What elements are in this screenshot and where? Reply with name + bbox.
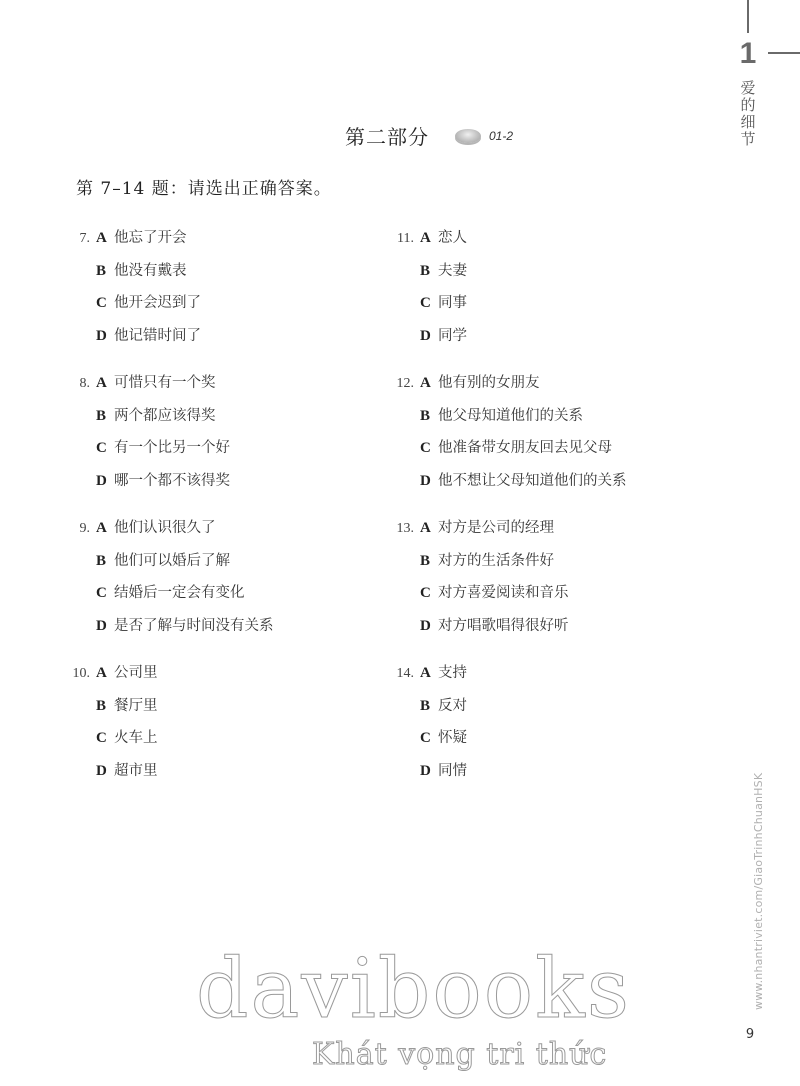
option-letter: B <box>420 408 438 425</box>
side-url: www.nhantriviet.com/GiaoTrinhChuanHSK <box>752 773 765 1010</box>
option-d: D 对方唱歌唱得很好听 <box>386 614 706 647</box>
option-d: D 同学 <box>386 324 706 357</box>
question-number: 14. <box>386 666 414 682</box>
option-letter: C <box>420 585 438 602</box>
option-letter: A <box>420 520 438 537</box>
option-letter: D <box>420 618 438 635</box>
option-c: C 怀疑 <box>386 726 706 759</box>
question-10: 10. A 公司里 B 餐厅里 C 火车上 D 超市里 <box>62 661 382 791</box>
option-text: 怀疑 <box>438 726 467 747</box>
option-c: C 他准备带女朋友回去见父母 <box>386 436 706 469</box>
chapter-tab-divider-top <box>747 0 749 33</box>
option-b: B 餐厅里 <box>62 694 382 727</box>
question-number: 10. <box>62 666 90 682</box>
option-letter: A <box>420 375 438 392</box>
option-letter: B <box>96 408 114 425</box>
option-letter: B <box>96 263 114 280</box>
option-d: D 他记错时间了 <box>62 324 382 357</box>
watermark-brand: davibooks <box>196 945 631 1035</box>
option-letter: C <box>96 730 114 747</box>
question-11: 11. A 恋人 B 夫妻 C 同事 D 同学 <box>386 226 706 356</box>
option-c: C 同事 <box>386 291 706 324</box>
option-letter: C <box>420 440 438 457</box>
section-title: 第二部分 <box>345 121 429 150</box>
question-13: 13. A 对方是公司的经理 B 对方的生活条件好 C 对方喜爱阅读和音乐 D … <box>386 516 706 646</box>
option-c: C 火车上 <box>62 726 382 759</box>
option-letter: A <box>96 520 114 537</box>
option-text: 有一个比另一个好 <box>114 436 230 457</box>
option-text: 超市里 <box>114 759 158 780</box>
option-letter: D <box>96 328 114 345</box>
option-b: B 他们可以婚后了解 <box>62 549 382 582</box>
option-a: 13. A 对方是公司的经理 <box>386 516 706 549</box>
option-letter: A <box>420 230 438 247</box>
option-text: 结婚后一定会有变化 <box>114 581 245 602</box>
cd-icon <box>455 129 481 143</box>
option-text: 他开会迟到了 <box>114 291 201 312</box>
option-a: 14. A 支持 <box>386 661 706 694</box>
option-b: B 对方的生活条件好 <box>386 549 706 582</box>
option-letter: A <box>96 665 114 682</box>
option-text: 他不想让父母知道他们的关系 <box>438 469 627 490</box>
option-text: 哪一个都不该得奖 <box>114 469 230 490</box>
option-text: 对方喜爱阅读和音乐 <box>438 581 569 602</box>
option-letter: A <box>96 375 114 392</box>
option-d: D 同情 <box>386 759 706 792</box>
chapter-number: 1 <box>733 38 763 70</box>
option-letter: D <box>96 618 114 635</box>
option-d: D 超市里 <box>62 759 382 792</box>
instruction-text: 第 7–14 题：请选出正确答案。 <box>76 174 332 199</box>
chapter-tab-divider-right <box>768 52 800 54</box>
option-letter: A <box>420 665 438 682</box>
option-letter: C <box>420 730 438 747</box>
option-text: 他没有戴表 <box>114 259 187 280</box>
option-letter: B <box>96 698 114 715</box>
option-letter: A <box>96 230 114 247</box>
option-d: D 他不想让父母知道他们的关系 <box>386 469 706 502</box>
question-number: 9. <box>62 521 90 537</box>
option-text: 恋人 <box>438 226 467 247</box>
option-letter: D <box>420 473 438 490</box>
option-text: 他父母知道他们的关系 <box>438 404 583 425</box>
option-text: 他准备带女朋友回去见父母 <box>438 436 612 457</box>
option-text: 他忘了开会 <box>114 226 187 247</box>
option-letter: B <box>96 553 114 570</box>
option-text: 同事 <box>438 291 467 312</box>
question-14: 14. A 支持 B 反对 C 怀疑 D 同情 <box>386 661 706 791</box>
option-text: 他有别的女朋友 <box>438 371 540 392</box>
question-number: 13. <box>386 521 414 537</box>
option-text: 他记错时间了 <box>114 324 201 345</box>
question-8: 8. A 可惜只有一个奖 B 两个都应该得奖 C 有一个比另一个好 D 哪一个都… <box>62 371 382 501</box>
option-letter: C <box>420 295 438 312</box>
option-a: 8. A 可惜只有一个奖 <box>62 371 382 404</box>
option-text: 他们认识很久了 <box>114 516 216 537</box>
option-text: 同学 <box>438 324 467 345</box>
option-text: 可惜只有一个奖 <box>114 371 216 392</box>
question-12: 12. A 他有别的女朋友 B 他父母知道他们的关系 C 他准备带女朋友回去见父… <box>386 371 706 501</box>
option-b: B 反对 <box>386 694 706 727</box>
option-text: 同情 <box>438 759 467 780</box>
option-letter: B <box>420 698 438 715</box>
option-text: 对方是公司的经理 <box>438 516 554 537</box>
watermark-tagline: Khát vọng tri thức <box>312 1038 607 1072</box>
question-number: 11. <box>386 231 414 247</box>
audio-track-label: 01-2 <box>489 129 513 143</box>
option-a: 11. A 恋人 <box>386 226 706 259</box>
page-number: 9 <box>740 1027 760 1042</box>
option-b: B 他父母知道他们的关系 <box>386 404 706 437</box>
option-letter: C <box>96 585 114 602</box>
option-d: D 哪一个都不该得奖 <box>62 469 382 502</box>
option-d: D 是否了解与时间没有关系 <box>62 614 382 647</box>
chapter-title: 爱的细节 <box>738 80 758 148</box>
option-text: 他们可以婚后了解 <box>114 549 230 570</box>
option-c: C 有一个比另一个好 <box>62 436 382 469</box>
option-a: 9. A 他们认识很久了 <box>62 516 382 549</box>
option-text: 对方唱歌唱得很好听 <box>438 614 569 635</box>
option-letter: D <box>96 473 114 490</box>
option-letter: B <box>420 553 438 570</box>
question-9: 9. A 他们认识很久了 B 他们可以婚后了解 C 结婚后一定会有变化 D 是否… <box>62 516 382 646</box>
option-a: 10. A 公司里 <box>62 661 382 694</box>
section-heading: 第二部分 01-2 <box>345 121 513 150</box>
option-b: B 两个都应该得奖 <box>62 404 382 437</box>
option-letter: B <box>420 263 438 280</box>
option-b: B 他没有戴表 <box>62 259 382 292</box>
option-letter: C <box>96 440 114 457</box>
option-text: 对方的生活条件好 <box>438 549 554 570</box>
option-text: 是否了解与时间没有关系 <box>114 614 274 635</box>
option-letter: D <box>96 763 114 780</box>
option-a: 12. A 他有别的女朋友 <box>386 371 706 404</box>
option-c: C 对方喜爱阅读和音乐 <box>386 581 706 614</box>
question-number: 12. <box>386 376 414 392</box>
option-letter: D <box>420 328 438 345</box>
option-text: 反对 <box>438 694 467 715</box>
question-number: 7. <box>62 231 90 247</box>
option-text: 公司里 <box>114 661 158 682</box>
option-text: 两个都应该得奖 <box>114 404 216 425</box>
option-a: 7. A 他忘了开会 <box>62 226 382 259</box>
option-text: 支持 <box>438 661 467 682</box>
option-b: B 夫妻 <box>386 259 706 292</box>
option-c: C 他开会迟到了 <box>62 291 382 324</box>
option-text: 夫妻 <box>438 259 467 280</box>
option-text: 火车上 <box>114 726 158 747</box>
option-letter: D <box>420 763 438 780</box>
option-c: C 结婚后一定会有变化 <box>62 581 382 614</box>
option-text: 餐厅里 <box>114 694 158 715</box>
question-number: 8. <box>62 376 90 392</box>
option-letter: C <box>96 295 114 312</box>
question-7: 7. A 他忘了开会 B 他没有戴表 C 他开会迟到了 D 他记错时间了 <box>62 226 382 356</box>
